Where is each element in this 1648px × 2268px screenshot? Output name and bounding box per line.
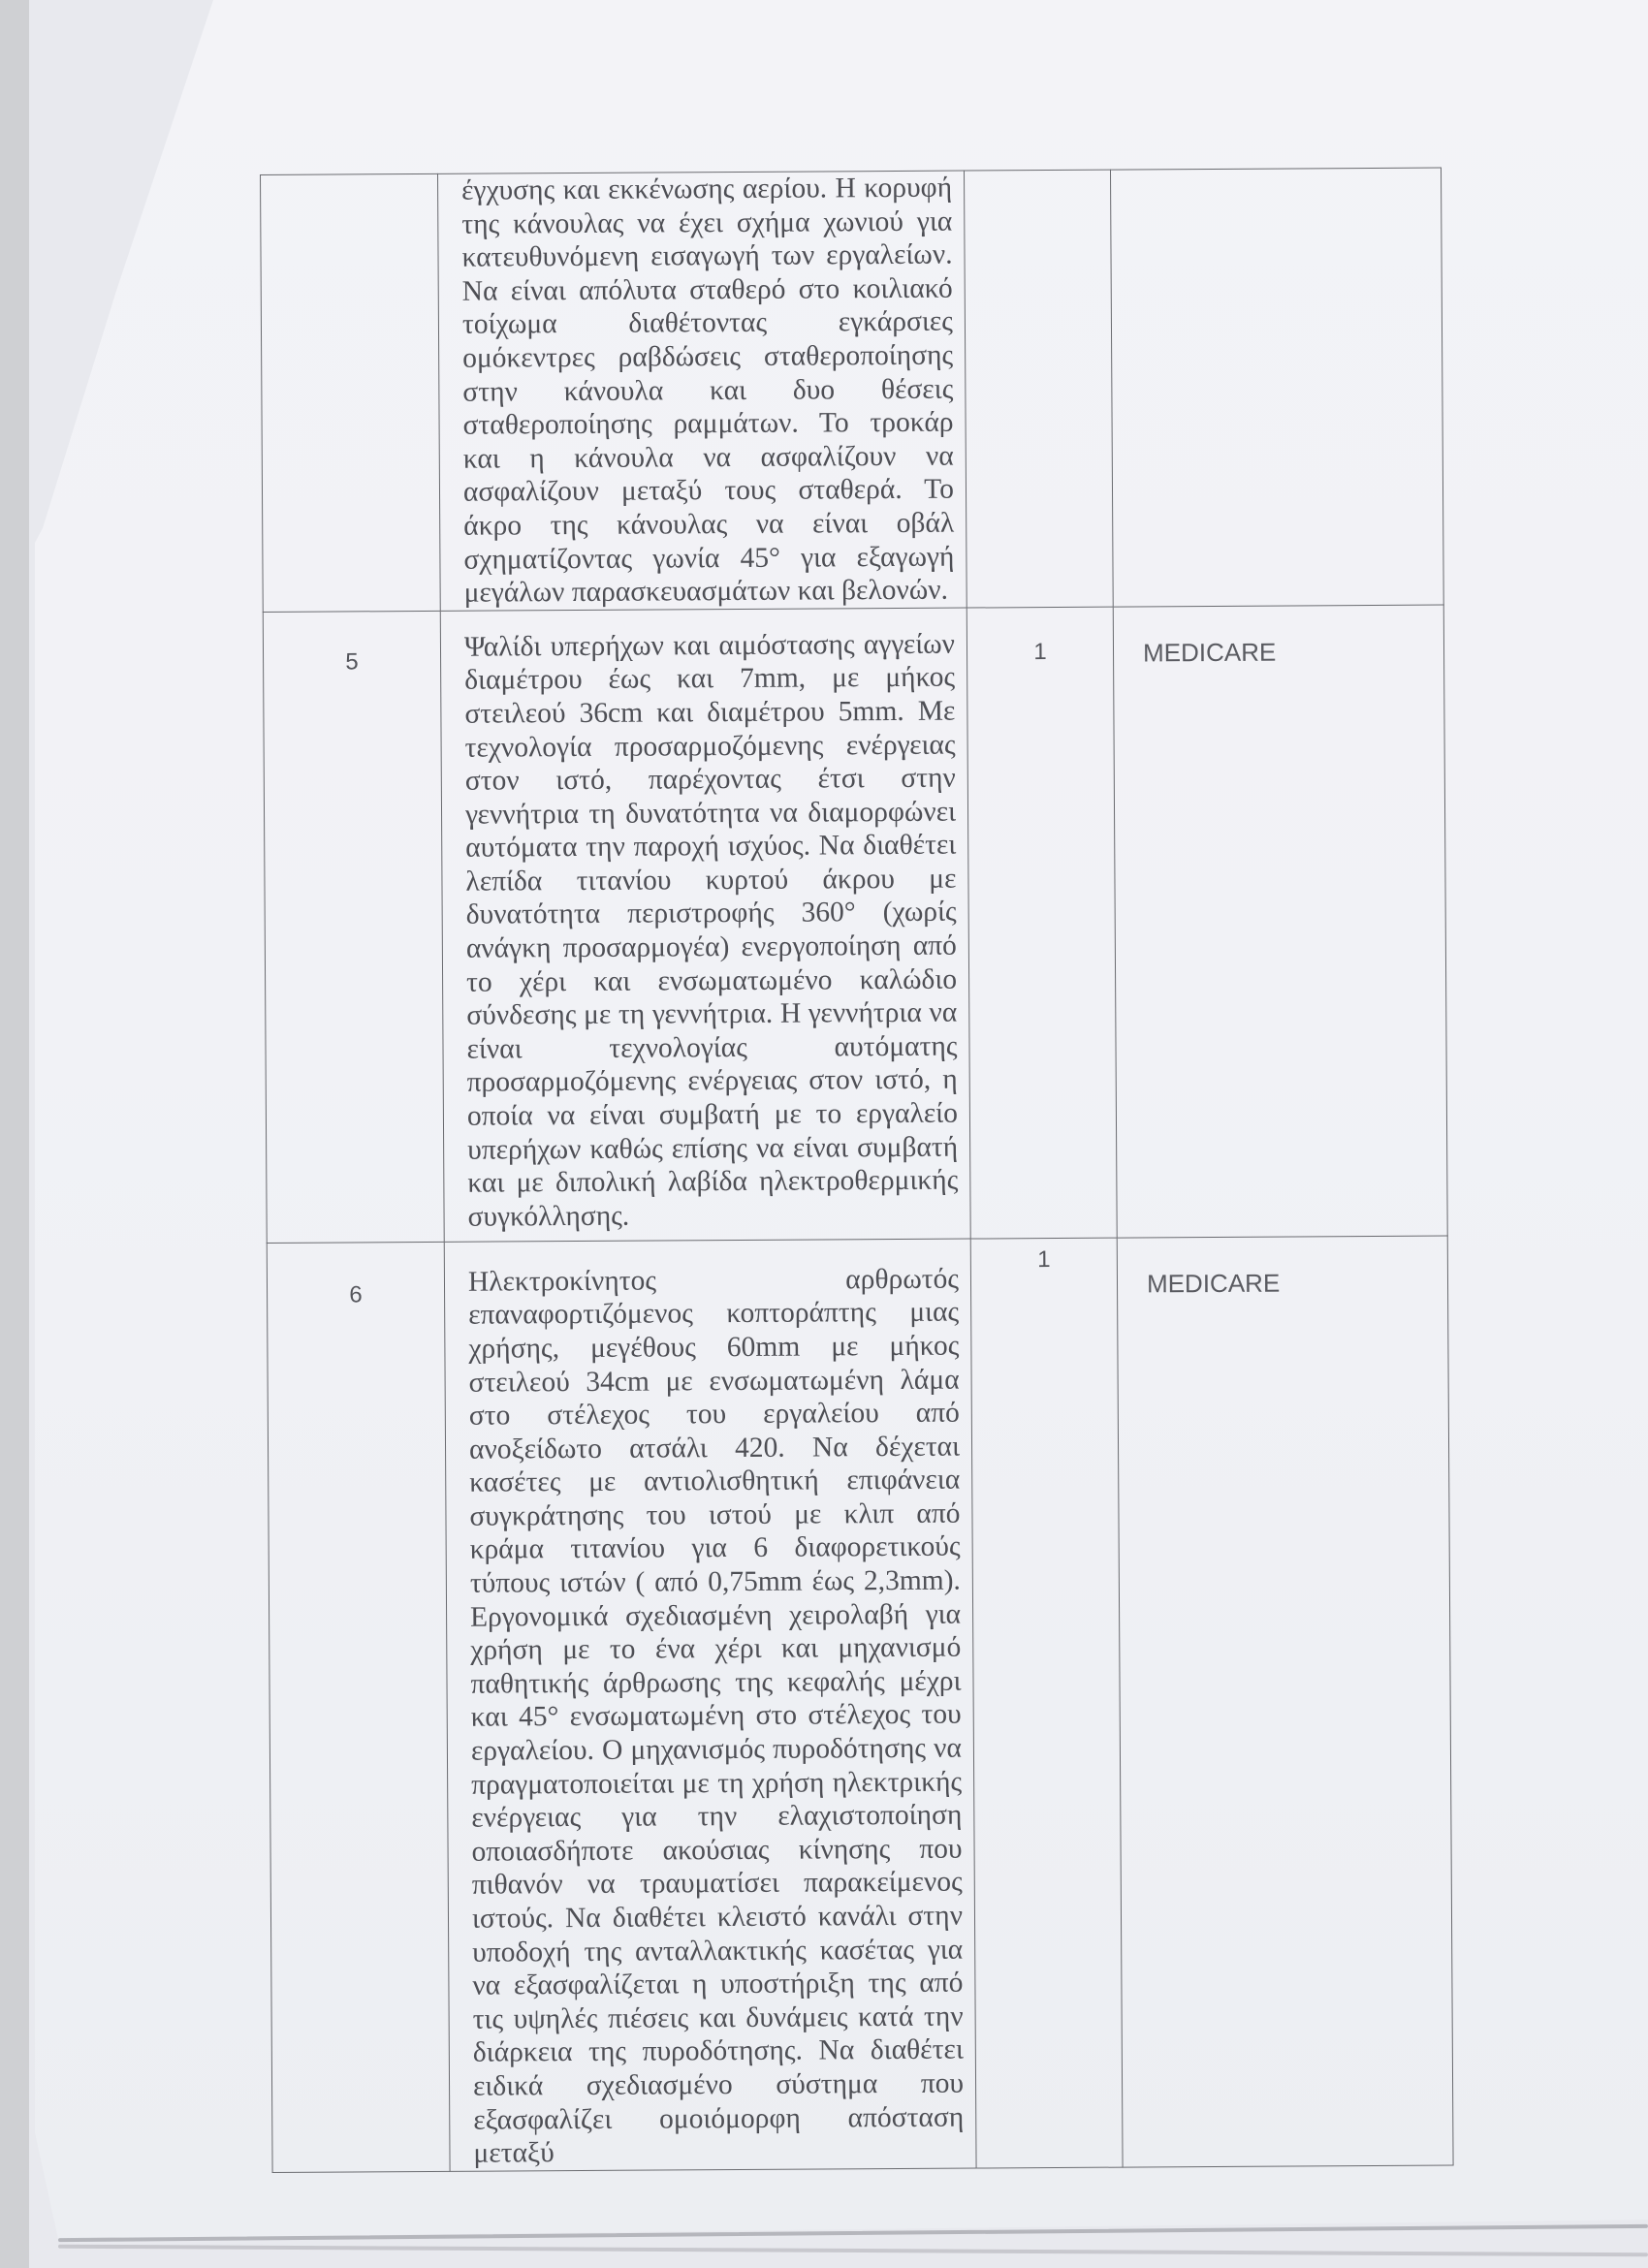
description-cell: έγχυσης και εκκένωσης αερίου. Η κορυφή τ… bbox=[437, 171, 967, 611]
supplier-name: MEDICARE bbox=[1143, 605, 1443, 668]
supplier-cell: MEDICARE bbox=[1117, 1236, 1453, 2167]
item-number-cell bbox=[261, 173, 441, 612]
description-text: Ψαλίδι υπερήχων και αιμόστασης αγγείων δ… bbox=[464, 627, 959, 1234]
table-row: 5 Ψαλίδι υπερήχων και αιμόστασης αγγείων… bbox=[263, 605, 1447, 1243]
description-cell: Ψαλίδι υπερήχων και αιμόστασης αγγείων δ… bbox=[440, 608, 970, 1242]
spec-table: έγχυσης και εκκένωσης αερίου. Η κορυφή τ… bbox=[260, 168, 1454, 2173]
item-number: 5 bbox=[264, 612, 440, 677]
supplier-cell bbox=[1110, 168, 1443, 607]
description-cell: Ηλεκτροκίνητος αρθρωτός επαναφορτιζόμενο… bbox=[444, 1239, 976, 2171]
supplier-cell: MEDICARE bbox=[1113, 605, 1447, 1238]
quantity-cell: 1 bbox=[967, 607, 1117, 1239]
table-row: 6 Ηλεκτροκίνητος αρθρωτός επαναφορτιζόμε… bbox=[267, 1236, 1453, 2172]
item-number-cell: 6 bbox=[267, 1242, 450, 2172]
description-text: Ηλεκτροκίνητος αρθρωτός επαναφορτιζόμενο… bbox=[468, 1262, 965, 2170]
item-number-cell: 5 bbox=[263, 611, 444, 1243]
table-row: έγχυσης και εκκένωσης αερίου. Η κορυφή τ… bbox=[261, 168, 1444, 612]
quantity-value: 1 bbox=[971, 1238, 1117, 1274]
quantity-cell: 1 bbox=[970, 1238, 1123, 2168]
quantity-cell bbox=[964, 170, 1113, 608]
item-number: 6 bbox=[268, 1243, 444, 1309]
quantity-value: 1 bbox=[967, 607, 1113, 666]
supplier-name: MEDICARE bbox=[1147, 1236, 1447, 1299]
description-text: έγχυσης και εκκένωσης αερίου. Η κορυφή τ… bbox=[461, 172, 955, 611]
